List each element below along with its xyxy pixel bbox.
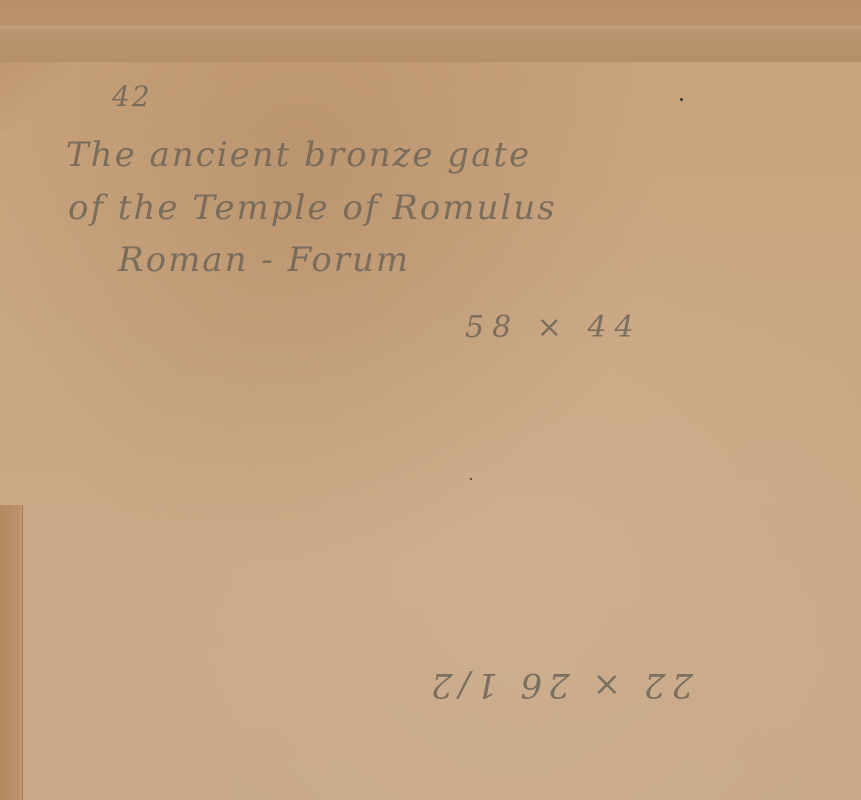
top-tape-strip [0,0,861,62]
left-tape-strip [0,505,23,800]
inverted-dimensions-note: 22 × 26 1/2 [425,665,693,705]
paper-speck [680,98,683,101]
tape-crease [0,26,861,29]
title-line-1: The ancient bronze gate [66,135,531,175]
corner-fold [0,62,70,132]
paper-speck [470,478,472,480]
dimensions-note: 58 × 44 [465,310,642,345]
title-line-3: Roman - Forum [118,240,410,280]
title-line-2: of the Temple of Romulus [68,188,557,228]
catalog-number: 42 [112,80,152,113]
